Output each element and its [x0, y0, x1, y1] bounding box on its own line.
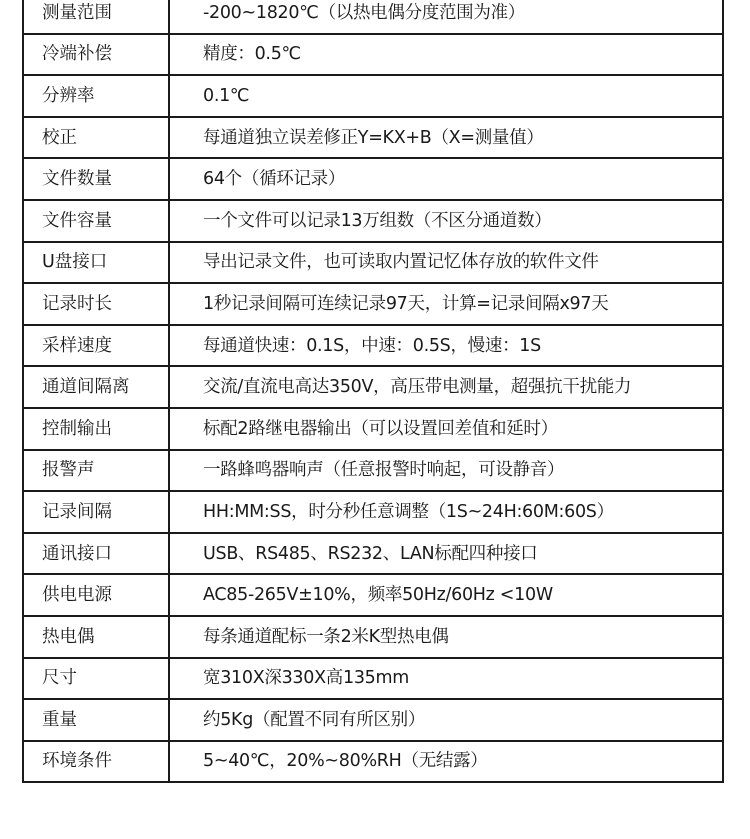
spec-row-communication: 通讯接口 USB、RS485、RS232、LAN标配四种接口	[23, 533, 723, 575]
spec-value: 交流/直流电高达350V，高压带电测量，超强抗干扰能力	[169, 366, 723, 408]
spec-label: 记录间隔	[23, 491, 169, 533]
spec-value: 1秒记录间隔可连续记录97天，计算=记录间隔x97天	[169, 283, 723, 325]
spec-row-power-supply: 供电电源 AC85-265V±10%，频率50Hz/60Hz <10W	[23, 574, 723, 616]
spec-table: 测量范围 -200~1820℃（以热电偶分度范围为准） 冷端补偿 精度：0.5℃…	[22, 0, 724, 783]
spec-row-calibration: 校正 每通道独立误差修正Y=KX+B（X=测量值）	[23, 117, 723, 159]
spec-row-file-count: 文件数量 64个（循环记录）	[23, 158, 723, 200]
spec-label: 测量范围	[23, 0, 169, 34]
spec-label: 报警声	[23, 450, 169, 492]
spec-value: 精度：0.5℃	[169, 34, 723, 76]
spec-value: 0.1℃	[169, 75, 723, 117]
spec-value: 宽310X深330X高135mm	[169, 658, 723, 700]
spec-label: 记录时长	[23, 283, 169, 325]
spec-label: 采样速度	[23, 325, 169, 367]
spec-value: 每通道快速：0.1S，中速：0.5S，慢速：1S	[169, 325, 723, 367]
spec-value: 约5Kg（配置不同有所区别）	[169, 699, 723, 741]
spec-value: 一路蜂鸣器响声（任意报警时响起，可设静音）	[169, 450, 723, 492]
spec-label: 分辨率	[23, 75, 169, 117]
spec-value: -200~1820℃（以热电偶分度范围为准）	[169, 0, 723, 34]
spec-label: 环境条件	[23, 741, 169, 783]
spec-label: 冷端补偿	[23, 34, 169, 76]
spec-value: 一个文件可以记录13万组数（不区分通道数）	[169, 200, 723, 242]
spec-label: 通讯接口	[23, 533, 169, 575]
spec-row-usb-port: U盘接口 导出记录文件，也可读取内置记忆体存放的软件文件	[23, 242, 723, 284]
spec-row-measurement-range: 测量范围 -200~1820℃（以热电偶分度范围为准）	[23, 0, 723, 34]
spec-row-file-capacity: 文件容量 一个文件可以记录13万组数（不区分通道数）	[23, 200, 723, 242]
spec-value: USB、RS485、RS232、LAN标配四种接口	[169, 533, 723, 575]
spec-label: 重量	[23, 699, 169, 741]
spec-label: 校正	[23, 117, 169, 159]
spec-value: 每条通道配标一条2米K型热电偶	[169, 616, 723, 658]
spec-value: 64个（循环记录）	[169, 158, 723, 200]
spec-row-channel-isolation: 通道间隔离 交流/直流电高达350V，高压带电测量，超强抗干扰能力	[23, 366, 723, 408]
spec-row-resolution: 分辨率 0.1℃	[23, 75, 723, 117]
spec-row-control-output: 控制输出 标配2路继电器输出（可以设置回差值和延时）	[23, 408, 723, 450]
spec-row-weight: 重量 约5Kg（配置不同有所区别）	[23, 699, 723, 741]
spec-row-sampling-speed: 采样速度 每通道快速：0.1S，中速：0.5S，慢速：1S	[23, 325, 723, 367]
spec-row-record-interval: 记录间隔 HH:MM:SS，时分秒任意调整（1S~24H:60M:60S）	[23, 491, 723, 533]
spec-value: 标配2路继电器输出（可以设置回差值和延时）	[169, 408, 723, 450]
spec-row-dimensions: 尺寸 宽310X深330X高135mm	[23, 658, 723, 700]
spec-label: 热电偶	[23, 616, 169, 658]
spec-value: HH:MM:SS，时分秒任意调整（1S~24H:60M:60S）	[169, 491, 723, 533]
spec-value: 5~40℃，20%~80%RH（无结露）	[169, 741, 723, 783]
spec-row-environment: 环境条件 5~40℃，20%~80%RH（无结露）	[23, 741, 723, 783]
spec-row-thermocouple: 热电偶 每条通道配标一条2米K型热电偶	[23, 616, 723, 658]
spec-row-record-duration: 记录时长 1秒记录间隔可连续记录97天，计算=记录间隔x97天	[23, 283, 723, 325]
spec-label: 通道间隔离	[23, 366, 169, 408]
spec-label: 文件数量	[23, 158, 169, 200]
spec-label: 控制输出	[23, 408, 169, 450]
spec-row-cold-junction: 冷端补偿 精度：0.5℃	[23, 34, 723, 76]
spec-label: 尺寸	[23, 658, 169, 700]
spec-value: AC85-265V±10%，频率50Hz/60Hz <10W	[169, 574, 723, 616]
spec-label: U盘接口	[23, 242, 169, 284]
spec-label: 文件容量	[23, 200, 169, 242]
spec-label: 供电电源	[23, 574, 169, 616]
spec-value: 导出记录文件，也可读取内置记忆体存放的软件文件	[169, 242, 723, 284]
spec-value: 每通道独立误差修正Y=KX+B（X=测量值）	[169, 117, 723, 159]
spec-row-alarm-sound: 报警声 一路蜂鸣器响声（任意报警时响起，可设静音）	[23, 450, 723, 492]
